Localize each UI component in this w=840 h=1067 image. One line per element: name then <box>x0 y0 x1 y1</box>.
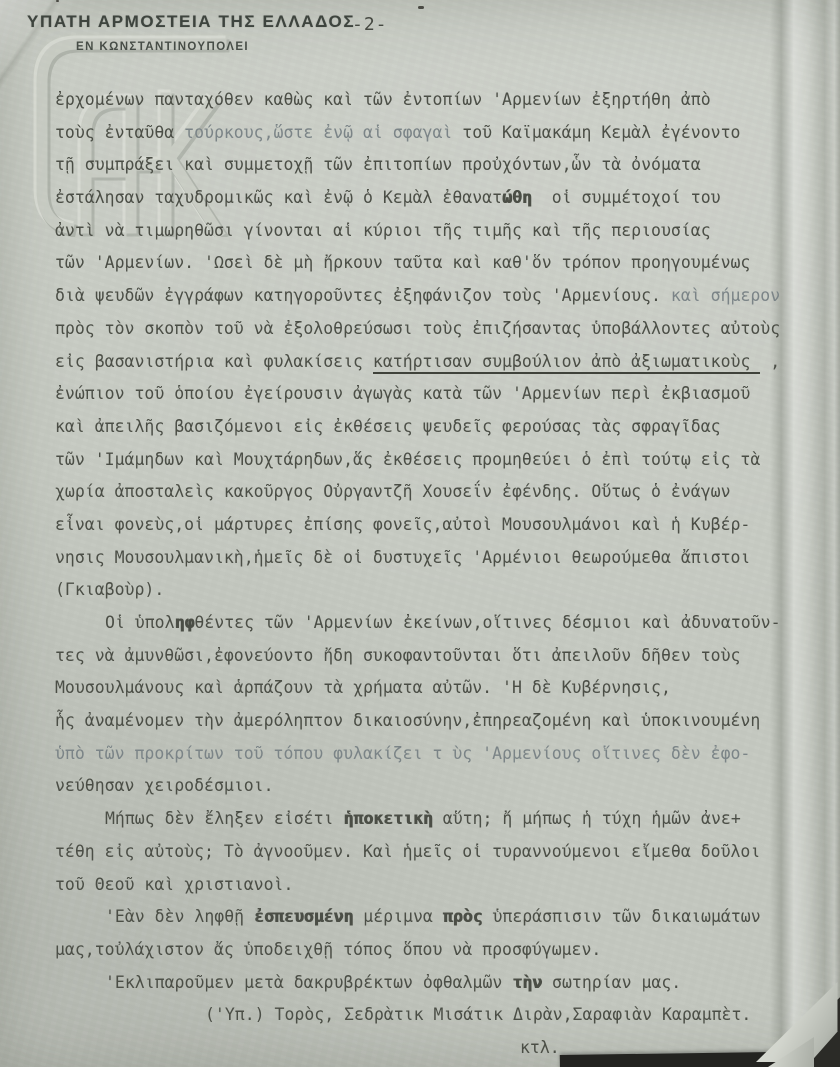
text-line: ὑπὸ τῶν προκρίτων τοῦ τόπου φυλακίζει τ … <box>55 739 815 772</box>
text-line: ἐνώπιον τοῦ ὁποίου ἐγείρουσιν ἀγωγὰς κατ… <box>55 379 815 412</box>
text-segment: (Γκιαβοὺρ). <box>55 580 164 599</box>
text-line: εἰς βασανιστήρια καὶ φυλακίσεις κατήρτισ… <box>55 347 815 380</box>
text-segment: θέντες τῶν 'Αρμενίων ἐκείνων,οἵτινες δέσ… <box>194 613 780 632</box>
paragraph: ἐρχομένων πανταχόθεν καθὼς καὶ τῶν ἐντοπ… <box>55 85 815 608</box>
text-segment: τες νὰ ἀμυνθῶσι,ἐφονεύοντο ἤδη συκοφαντο… <box>55 646 740 665</box>
text-line: εἶναι φονεὺς,οἱ μάρτυρες ἐπίσης φονεῖς,α… <box>55 510 815 543</box>
text-line: τῇ συμπράξει καὶ συμμετοχῇ τῶν ἐπιτοπίων… <box>55 150 815 183</box>
text-line: ('Υπ.) Τορὸς, Σεδρὰτικ Μισάτικ Διρὰν,Σαρ… <box>55 1000 815 1033</box>
text-segment: τοῦ Θεοῦ καὶ χριστιανοὶ. <box>55 875 293 894</box>
paragraph: Οἱ ὑποληφθέντες τῶν 'Αρμενίων ἐκείνων,οἵ… <box>55 608 815 804</box>
text-line: ἐρχομένων πανταχόθεν καθὼς καὶ τῶν ἐντοπ… <box>55 85 815 118</box>
paragraph: 'Εὰν δὲν ληφθῇ ἐσπευσμένη μέριμνα πρὸς ὑ… <box>55 902 815 967</box>
text-segment: 'Εὰν δὲν ληφθῇ <box>105 907 254 926</box>
text-segment: 'Εκλιπαροῦμεν μετὰ δακρυβρέκτων ὀφθαλμῶν <box>105 973 512 992</box>
text-segment: οἱ συμμέτοχοί του <box>532 188 721 207</box>
letterhead-location: ΕΝ ΚΩΝΣΤΑΝΤΙΝΟΥΠΟΛΕΙ <box>76 41 249 53</box>
text-line: τοὺς ἐνταῦθα τούρκους,ὥστε ἐνῷ αἱ σφαγαὶ… <box>55 118 815 151</box>
text-line: 'Εὰν δὲν ληφθῇ ἐσπευσμένη μέριμνα πρὸς ὑ… <box>55 902 815 935</box>
text-segment: τὴν <box>512 973 542 992</box>
text-line: Μουσουλμάνους καὶ ἁρπάζουν τὰ χρήματα αὐ… <box>55 673 815 706</box>
paragraph: ('Υπ.) Τορὸς, Σεδρὰτικ Μισάτικ Διρὰν,Σαρ… <box>55 1000 815 1033</box>
text-line: 'Εκλιπαροῦμεν μετὰ δακρυβρέκτων ὀφθαλμῶν… <box>55 968 815 1001</box>
text-segment: πρὸς τὸν σκοπὸν τοῦ νὰ ἐξολοθρεύσωσι τοὺ… <box>55 319 780 338</box>
text-segment: Μουσουλμάνους καὶ ἁρπάζουν τὰ χρήματα αὐ… <box>55 678 671 697</box>
text-segment: νησις Μουσουλμανικὴ,ἡμεῖς δὲ οἱ δυστυχεῖ… <box>55 548 750 567</box>
text-segment: σωτηρίαν μας. <box>542 973 681 992</box>
text-segment: εἶναι φονεὺς,οἱ μάρτυρες ἐπίσης φονεῖς,α… <box>55 515 750 534</box>
text-segment: τοὺς ἐνταῦθα <box>55 123 184 142</box>
text-segment: ἐστάλησαν ταχυδρομικῶς καὶ ἐνῷ ὁ Κεμὰλ ἐ… <box>55 188 502 207</box>
text-segment: ἧς ἀναμένομεν τὴν ἀμερόληπτον δικαιοσύνη… <box>55 711 760 730</box>
text-segment: τῶν 'Ιμάμηδων καὶ Μουχτάρηδων,ἅς ἐκθέσει… <box>55 450 760 469</box>
text-segment: , <box>760 352 780 371</box>
ink-speck <box>418 6 424 9</box>
text-segment: καὶ ἀπειλῆς βασιζόμενοι εἰς ἐκθέσεις ψευ… <box>55 417 721 436</box>
ink-speck <box>56 0 59 2</box>
text-line: πρὸς τὸν σκοπὸν τοῦ νὰ ἐξολοθρεύσωσι τοὺ… <box>55 314 815 347</box>
text-segment: ἐρχομένων πανταχόθεν καθὼς καὶ τῶν ἐντοπ… <box>55 90 711 109</box>
text-line: τῶν 'Ιμάμηδων καὶ Μουχτάρηδων,ἅς ἐκθέσει… <box>55 445 815 478</box>
text-line: χωρία ἀποσταλεὶς κακοῦργος Οὐργαντζῆ Χου… <box>55 477 815 510</box>
text-line: ἧς ἀναμένομεν τὴν ἀμερόληπτον δικαιοσύνη… <box>55 706 815 739</box>
text-segment: ὑπεράσπισιν τῶν δικαιωμάτων <box>483 907 761 926</box>
scanned-document-page: { "header": { "organization_line1": "ΥΠΑ… <box>0 0 840 1067</box>
typewritten-text-block: ἐρχομένων πανταχόθεν καθὼς καὶ τῶν ἐντοπ… <box>55 85 815 1066</box>
text-segment: ἀντὶ νὰ τιμωρηθῶσι γίνονται αἱ κύριοι τῆ… <box>55 221 711 240</box>
text-line: νησις Μουσουλμανικὴ,ἡμεῖς δὲ οἱ δυστυχεῖ… <box>55 543 815 576</box>
paragraph: Μήπως δὲν ἔληξεν εἰσέτι ἡποκετικὴ αὕτη; … <box>55 804 815 902</box>
text-line: διὰ ψευδῶν ἐγγράφων κατηγοροῦντες ἐξηφάν… <box>55 281 815 314</box>
text-segment: ἐνώπιον τοῦ ὁποίου ἐγείρουσιν ἀγωγὰς κατ… <box>55 384 750 403</box>
text-line: τῶν 'Αρμενίων. 'Ωσεὶ δὲ μὴ ἤρκουν ταῦτα … <box>55 248 815 281</box>
text-segment: κατήρτισαν συμβούλιον ἀπὸ ἀξιωματικοὺς <box>373 352 760 374</box>
text-line: (Γκιαβοὺρ). <box>55 575 815 608</box>
text-segment: ὑπὸ τῶν προκρίτων τοῦ τόπου φυλακίζει τ … <box>55 744 750 763</box>
text-line: καὶ ἀπειλῆς βασιζόμενοι εἰς ἐκθέσεις ψευ… <box>55 412 815 445</box>
text-segment: εἰς βασανιστήρια καὶ φυλακίσεις <box>55 352 373 371</box>
page-number: -2- <box>352 14 388 35</box>
text-segment: τέθη εἰς αὐτοὺς; Τὸ ἀγνοοῦμεν. Καὶ ἡμεῖς… <box>55 842 760 861</box>
text-segment: μέριμνα <box>353 907 442 926</box>
text-segment: αὕτη; ἤ μήπως ἡ τύχη ἡμῶν ἀνε+ <box>433 809 741 828</box>
text-line: τοῦ Θεοῦ καὶ χριστιανοὶ. <box>55 870 815 903</box>
text-line: Μήπως δὲν ἔληξεν εἰσέτι ἡποκετικὴ αὕτη; … <box>55 804 815 837</box>
text-segment: τῇ συμπράξει καὶ συμμετοχῇ τῶν ἐπιτοπίων… <box>55 155 701 174</box>
text-segment: καὶ σήμερον <box>671 286 780 305</box>
text-segment: διὰ ψευδῶν ἐγγράφων κατηγοροῦντες ἐξηφάν… <box>55 286 671 305</box>
text-line: Οἱ ὑποληφθέντες τῶν 'Αρμενίων ἐκείνων,οἵ… <box>55 608 815 641</box>
text-segment: ἐσπευσμένη <box>254 907 353 926</box>
text-segment: Οἱ ὑπολ <box>105 613 175 632</box>
text-segment: Μήπως δὲν ἔληξεν εἰσέτι <box>105 809 343 828</box>
text-segment: τούρκους,ὥστε ἐνῷ αἱ σφαγαὶ <box>184 123 462 142</box>
text-segment: χωρία ἀποσταλεὶς κακοῦργος Οὐργαντζῆ Χου… <box>55 482 731 501</box>
paragraph: 'Εκλιπαροῦμεν μετὰ δακρυβρέκτων ὀφθαλμῶν… <box>55 968 815 1001</box>
text-segment: πρὸς <box>443 907 483 926</box>
text-segment: ηφ <box>175 613 195 632</box>
text-segment: ('Υπ.) Τορὸς, Σεδρὰτικ Μισάτικ Διρὰν,Σαρ… <box>205 1005 751 1024</box>
text-line: τες νὰ ἀμυνθῶσι,ἐφονεύοντο ἤδη συκοφαντο… <box>55 641 815 674</box>
letterhead-organization: ΥΠΑΤΗ ΑΡΜΟΣΤΕΙΑ ΤΗΣ ΕΛΛΑΔΟΣ <box>27 12 355 32</box>
text-segment: τοῦ Καϊμακάμη Κεμὰλ ἐγένοντο <box>462 123 740 142</box>
text-segment: τῶν 'Αρμενίων. 'Ωσεὶ δὲ μὴ ἤρκουν ταῦτα … <box>55 253 750 272</box>
text-line: τέθη εἰς αὐτοὺς; Τὸ ἀγνοοῦμεν. Καὶ ἡμεῖς… <box>55 837 815 870</box>
text-line: μας,τοὐλάχιστον ἄς ὑποδειχθῇ τόπος ὅπου … <box>55 935 815 968</box>
text-line: ἐστάλησαν ταχυδρομικῶς καὶ ἐνῷ ὁ Κεμὰλ ἐ… <box>55 183 815 216</box>
text-line: ἀντὶ νὰ τιμωρηθῶσι γίνονται αἱ κύριοι τῆ… <box>55 216 815 249</box>
text-segment: ώθη <box>502 188 532 207</box>
text-segment: κτλ. <box>520 1038 560 1057</box>
text-segment: μας,τοὐλάχιστον ἄς ὑποδειχθῇ τόπος ὅπου … <box>55 940 601 959</box>
text-segment: ἡποκετικὴ <box>343 809 432 828</box>
text-line: νεύθησαν χειροδέσμιοι. <box>55 771 815 804</box>
text-segment: νεύθησαν χειροδέσμιοι. <box>55 776 274 795</box>
